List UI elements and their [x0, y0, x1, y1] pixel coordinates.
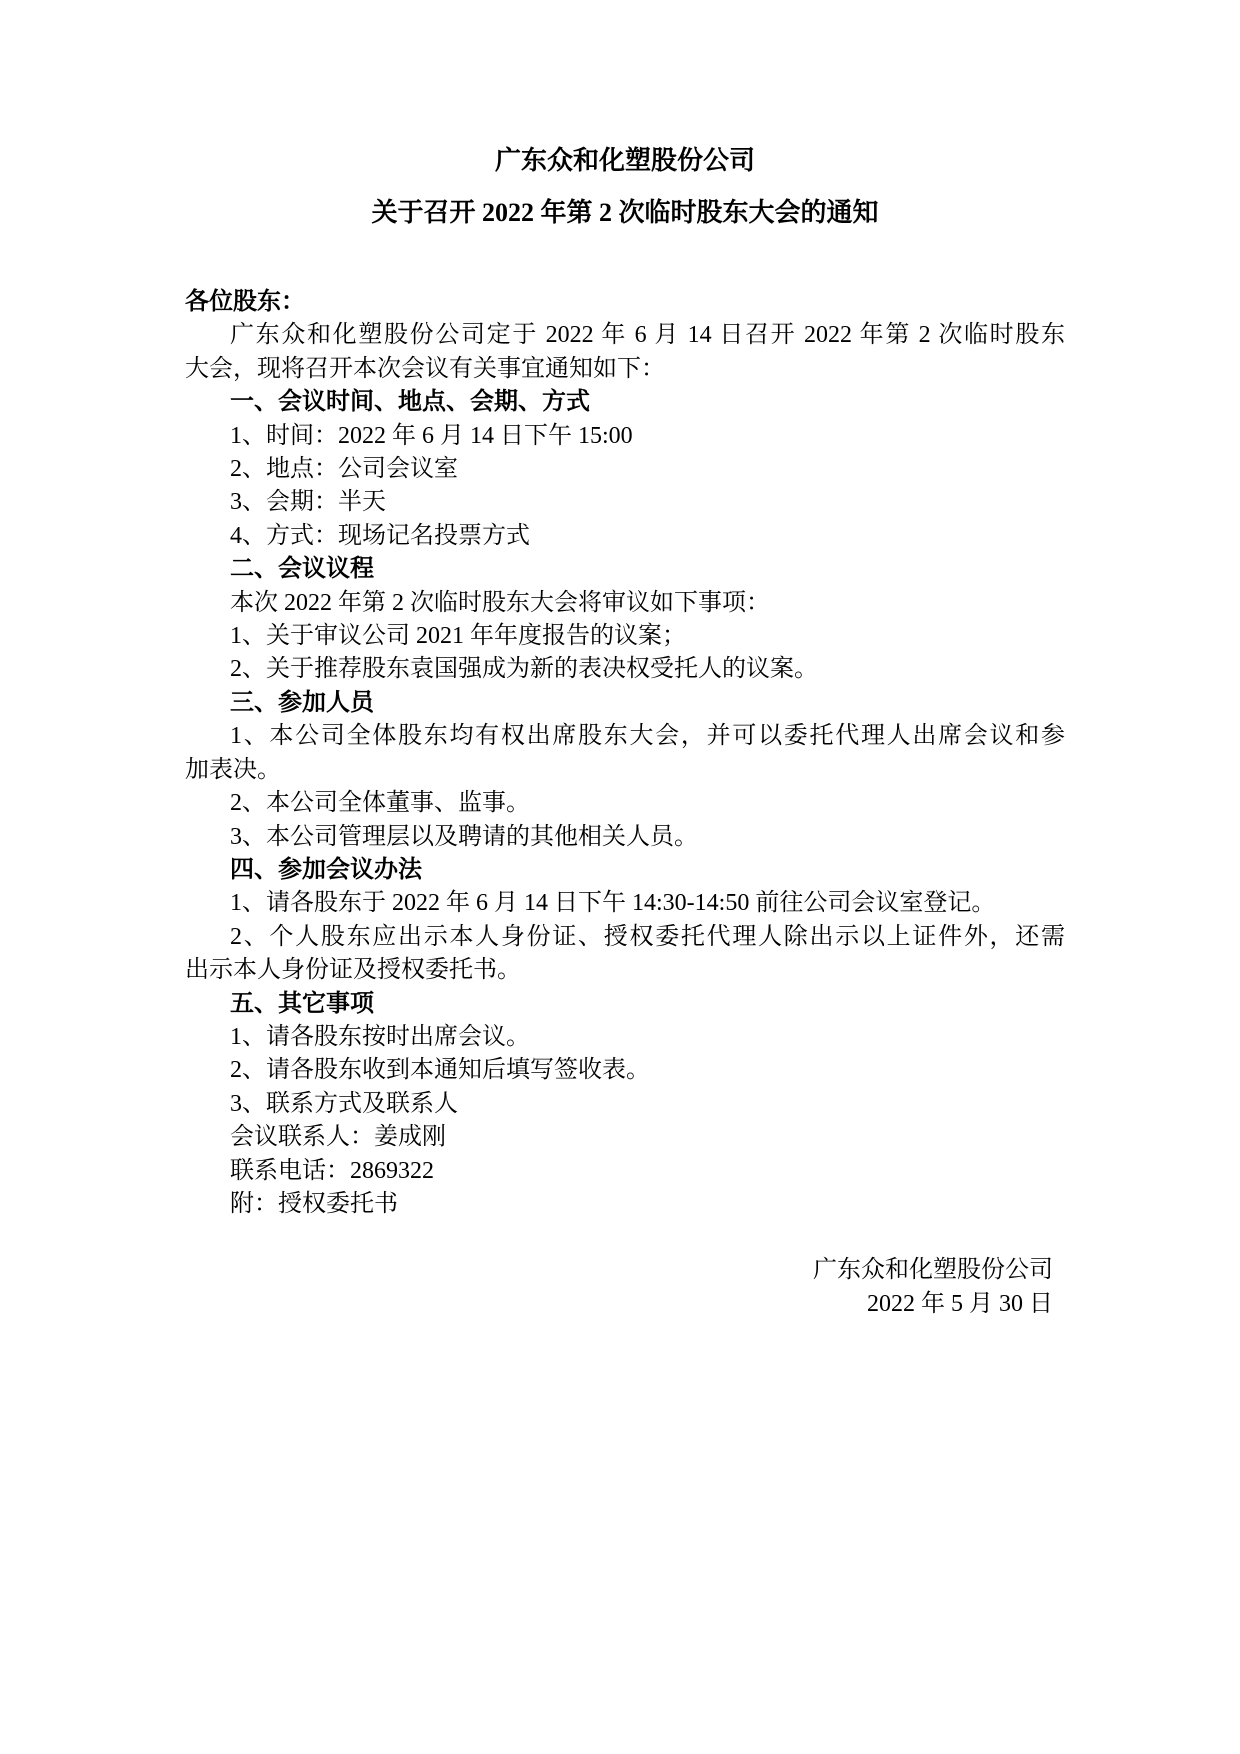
document-page: 广东众和化塑股份公司 关于召开 2022 年第 2 次临时股东大会的通知 各位股…	[0, 0, 1240, 1754]
document-line: 本次 2022 年第 2 次临时股东大会将审议如下事项：	[185, 587, 1065, 620]
document-line: 2、个人股东应出示本人身份证、授权委托代理人除出示以上证件外，还需	[185, 921, 1065, 954]
document-line: 2、请各股东收到本通知后填写签收表。	[185, 1054, 1065, 1087]
document-line: 五、其它事项	[185, 988, 1065, 1021]
document-line: 2、关于推荐股东袁国强成为新的表决权受托人的议案。	[185, 653, 1065, 686]
document-line: 1、请各股东于 2022 年 6 月 14 日下午 14:30-14:50 前往…	[185, 887, 1065, 920]
document-title: 广东众和化塑股份公司	[185, 144, 1065, 178]
document-line: 4、方式：现场记名投票方式	[185, 520, 1065, 553]
document-line: 加表决。	[185, 754, 1065, 787]
document-line: 2、本公司全体董事、监事。	[185, 787, 1065, 820]
document-content: 广东众和化塑股份公司 关于召开 2022 年第 2 次临时股东大会的通知 各位股…	[0, 0, 1240, 1321]
document-line: 3、联系方式及联系人	[185, 1088, 1065, 1121]
document-body: 广东众和化塑股份公司定于 2022 年 6 月 14 日召开 2022 年第 2…	[185, 319, 1065, 1221]
document-line: 二、会议议程	[185, 553, 1065, 586]
document-line: 出示本人身份证及授权委托书。	[185, 954, 1065, 987]
document-line: 1、时间：2022 年 6 月 14 日下午 15:00	[185, 420, 1065, 453]
document-line: 1、请各股东按时出席会议。	[185, 1021, 1065, 1054]
document-line: 大会，现将召开本次会议有关事宜通知如下：	[185, 353, 1065, 386]
document-line: 联系电话：2869322	[185, 1155, 1065, 1188]
document-line: 会议联系人：姜成刚	[185, 1121, 1065, 1154]
signature-date: 2022 年 5 月 30 日	[185, 1288, 1065, 1321]
signature-block: 广东众和化塑股份公司 2022 年 5 月 30 日	[185, 1254, 1065, 1321]
document-subtitle: 关于召开 2022 年第 2 次临时股东大会的通知	[185, 196, 1065, 230]
document-line: 三、参加人员	[185, 687, 1065, 720]
document-line: 2、地点：公司会议室	[185, 453, 1065, 486]
document-line: 3、会期：半天	[185, 486, 1065, 519]
document-line: 一、会议时间、地点、会期、方式	[185, 386, 1065, 419]
document-line: 广东众和化塑股份公司定于 2022 年 6 月 14 日召开 2022 年第 2…	[185, 319, 1065, 352]
salutation: 各位股东：	[185, 286, 1065, 319]
signature-company: 广东众和化塑股份公司	[185, 1254, 1065, 1287]
document-line: 附：授权委托书	[185, 1188, 1065, 1221]
document-line: 1、本公司全体股东均有权出席股东大会，并可以委托代理人出席会议和参	[185, 720, 1065, 753]
document-line: 1、关于审议公司 2021 年年度报告的议案；	[185, 620, 1065, 653]
document-line: 四、参加会议办法	[185, 854, 1065, 887]
document-line: 3、本公司管理层以及聘请的其他相关人员。	[185, 821, 1065, 854]
